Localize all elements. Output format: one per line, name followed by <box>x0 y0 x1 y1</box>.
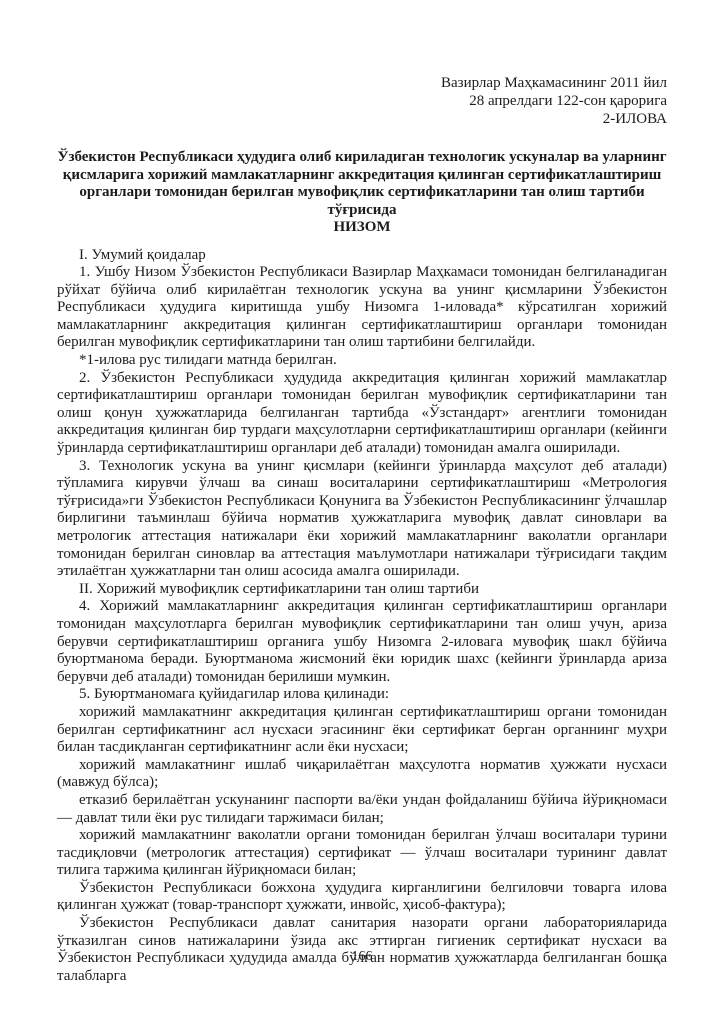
list-item: хорижий мамлакатнинг ваколатли органи то… <box>57 827 667 880</box>
page-number: 166 <box>0 949 724 965</box>
paragraph-1: 1. Ушбу Низом Ўзбекистон Республикаси Ва… <box>57 264 667 352</box>
footnote: *1-илова рус тилидаги матнда берилган. <box>57 352 667 370</box>
decree-reference-line: 28 апрелдаги 122-сон қарорига <box>57 92 667 110</box>
list-item: хорижий мамлакатнинг аккредитация қилинг… <box>57 704 667 757</box>
document-type-heading: НИЗОМ <box>57 219 667 237</box>
paragraph-5: 5. Буюртманомага қуйидагилар илова қилин… <box>57 686 667 704</box>
list-item: хорижий мамлакатнинг ишлаб чиқарилаётган… <box>57 757 667 792</box>
paragraph-2: 2. Ўзбекистон Республикаси ҳудудида аккр… <box>57 370 667 458</box>
paragraph-3: 3. Технологик ускуна ва унинг қисмлари (… <box>57 458 667 581</box>
document-title: Ўзбекистон Республикаси ҳудудига олиб ки… <box>57 149 667 219</box>
list-item: Ўзбекистон Республикаси божхона ҳудудига… <box>57 880 667 915</box>
paragraph-4: 4. Хорижий мамлакатларнинг аккредитация … <box>57 598 667 686</box>
section-heading-1: I. Умумий қоидалар <box>57 247 667 265</box>
document-body: I. Умумий қоидалар1. Ушбу Низом Ўзбекист… <box>57 247 667 986</box>
decree-reference: Вазирлар Маҳкамасининг 2011 йил 28 апрел… <box>57 74 667 128</box>
decree-reference-line: Вазирлар Маҳкамасининг 2011 йил <box>57 74 667 92</box>
section-heading-2: II. Хорижий мувофиқлик сертификатларини … <box>57 581 667 599</box>
document-page: Вазирлар Маҳкамасининг 2011 йил 28 апрел… <box>0 0 724 1024</box>
list-item: етказиб берилаётган ускунанинг паспорти … <box>57 792 667 827</box>
annex-number: 2-ИЛОВА <box>57 110 667 128</box>
